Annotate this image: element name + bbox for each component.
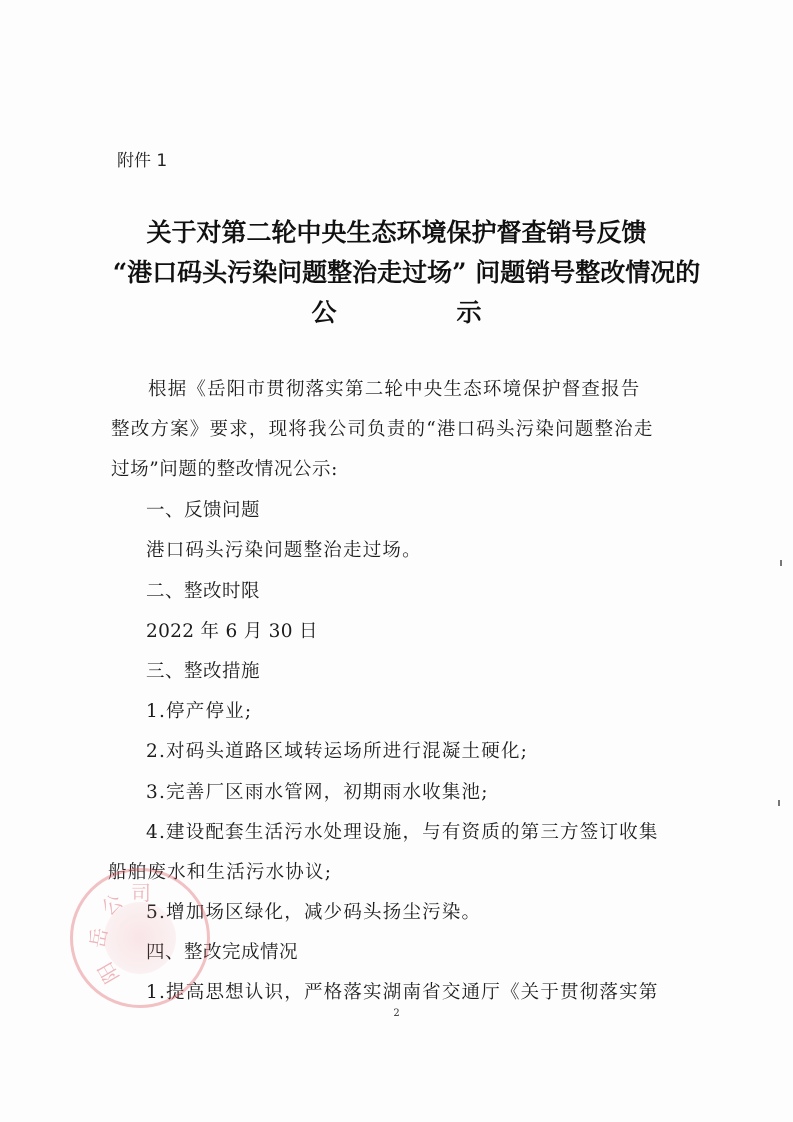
- attachment-label: 附件 1: [117, 146, 167, 171]
- seal-char: 岳: [81, 925, 113, 950]
- seal-char: 司: [131, 877, 151, 906]
- completion-item-1: 1.提高思想认识，严格落实湖南省交通厅《关于贯彻落实第: [146, 978, 659, 1004]
- intro-line-2: 整改方案》要求，现将我公司负责的“港口码头污染问题整治走: [111, 415, 654, 441]
- intro-line-3: 过场”问题的整改情况公示:: [111, 455, 338, 481]
- title-line-3: 公示: [0, 293, 793, 329]
- title-line-2: “港口码头污染问题整治走过场” 问题销号整改情况的: [10, 253, 793, 289]
- section-1-body: 港口码头污染问题整治走过场。: [146, 536, 422, 562]
- section-2-body: 2022 年 6 月 30 日: [146, 617, 318, 643]
- section-heading-1: 一、反馈问题: [146, 496, 260, 522]
- page-number: 2: [0, 1008, 793, 1019]
- scan-artifact: [778, 800, 780, 806]
- title-char-left: 公: [311, 293, 336, 329]
- measure-item-2: 2.对码头道路区域转运场所进行混凝土硬化;: [146, 737, 528, 763]
- title-char-right: 示: [457, 293, 482, 329]
- title-line-1: 关于对第二轮中央生态环境保护督查销号反馈: [0, 213, 793, 249]
- intro-line-1: 根据《岳阳市贯彻落实第二轮中央生态环境保护督查报告: [148, 375, 641, 401]
- measure-item-4: 4.建设配套生活污水处理设施，与有资质的第三方签订收集: [146, 818, 659, 844]
- document-page: 附件 1 关于对第二轮中央生态环境保护督查销号反馈 “港口码头污染问题整治走过场…: [0, 0, 793, 1122]
- measure-item-1: 1.停产停业;: [146, 697, 252, 723]
- measure-item-3: 3.完善厂区雨水管网，初期雨水收集池;: [146, 778, 489, 804]
- official-seal-stamp: 公 司 岳 阳: [70, 868, 210, 1008]
- section-heading-2: 二、整改时限: [146, 577, 260, 603]
- scan-artifact: [780, 560, 782, 566]
- section-heading-3: 三、整改措施: [146, 657, 260, 683]
